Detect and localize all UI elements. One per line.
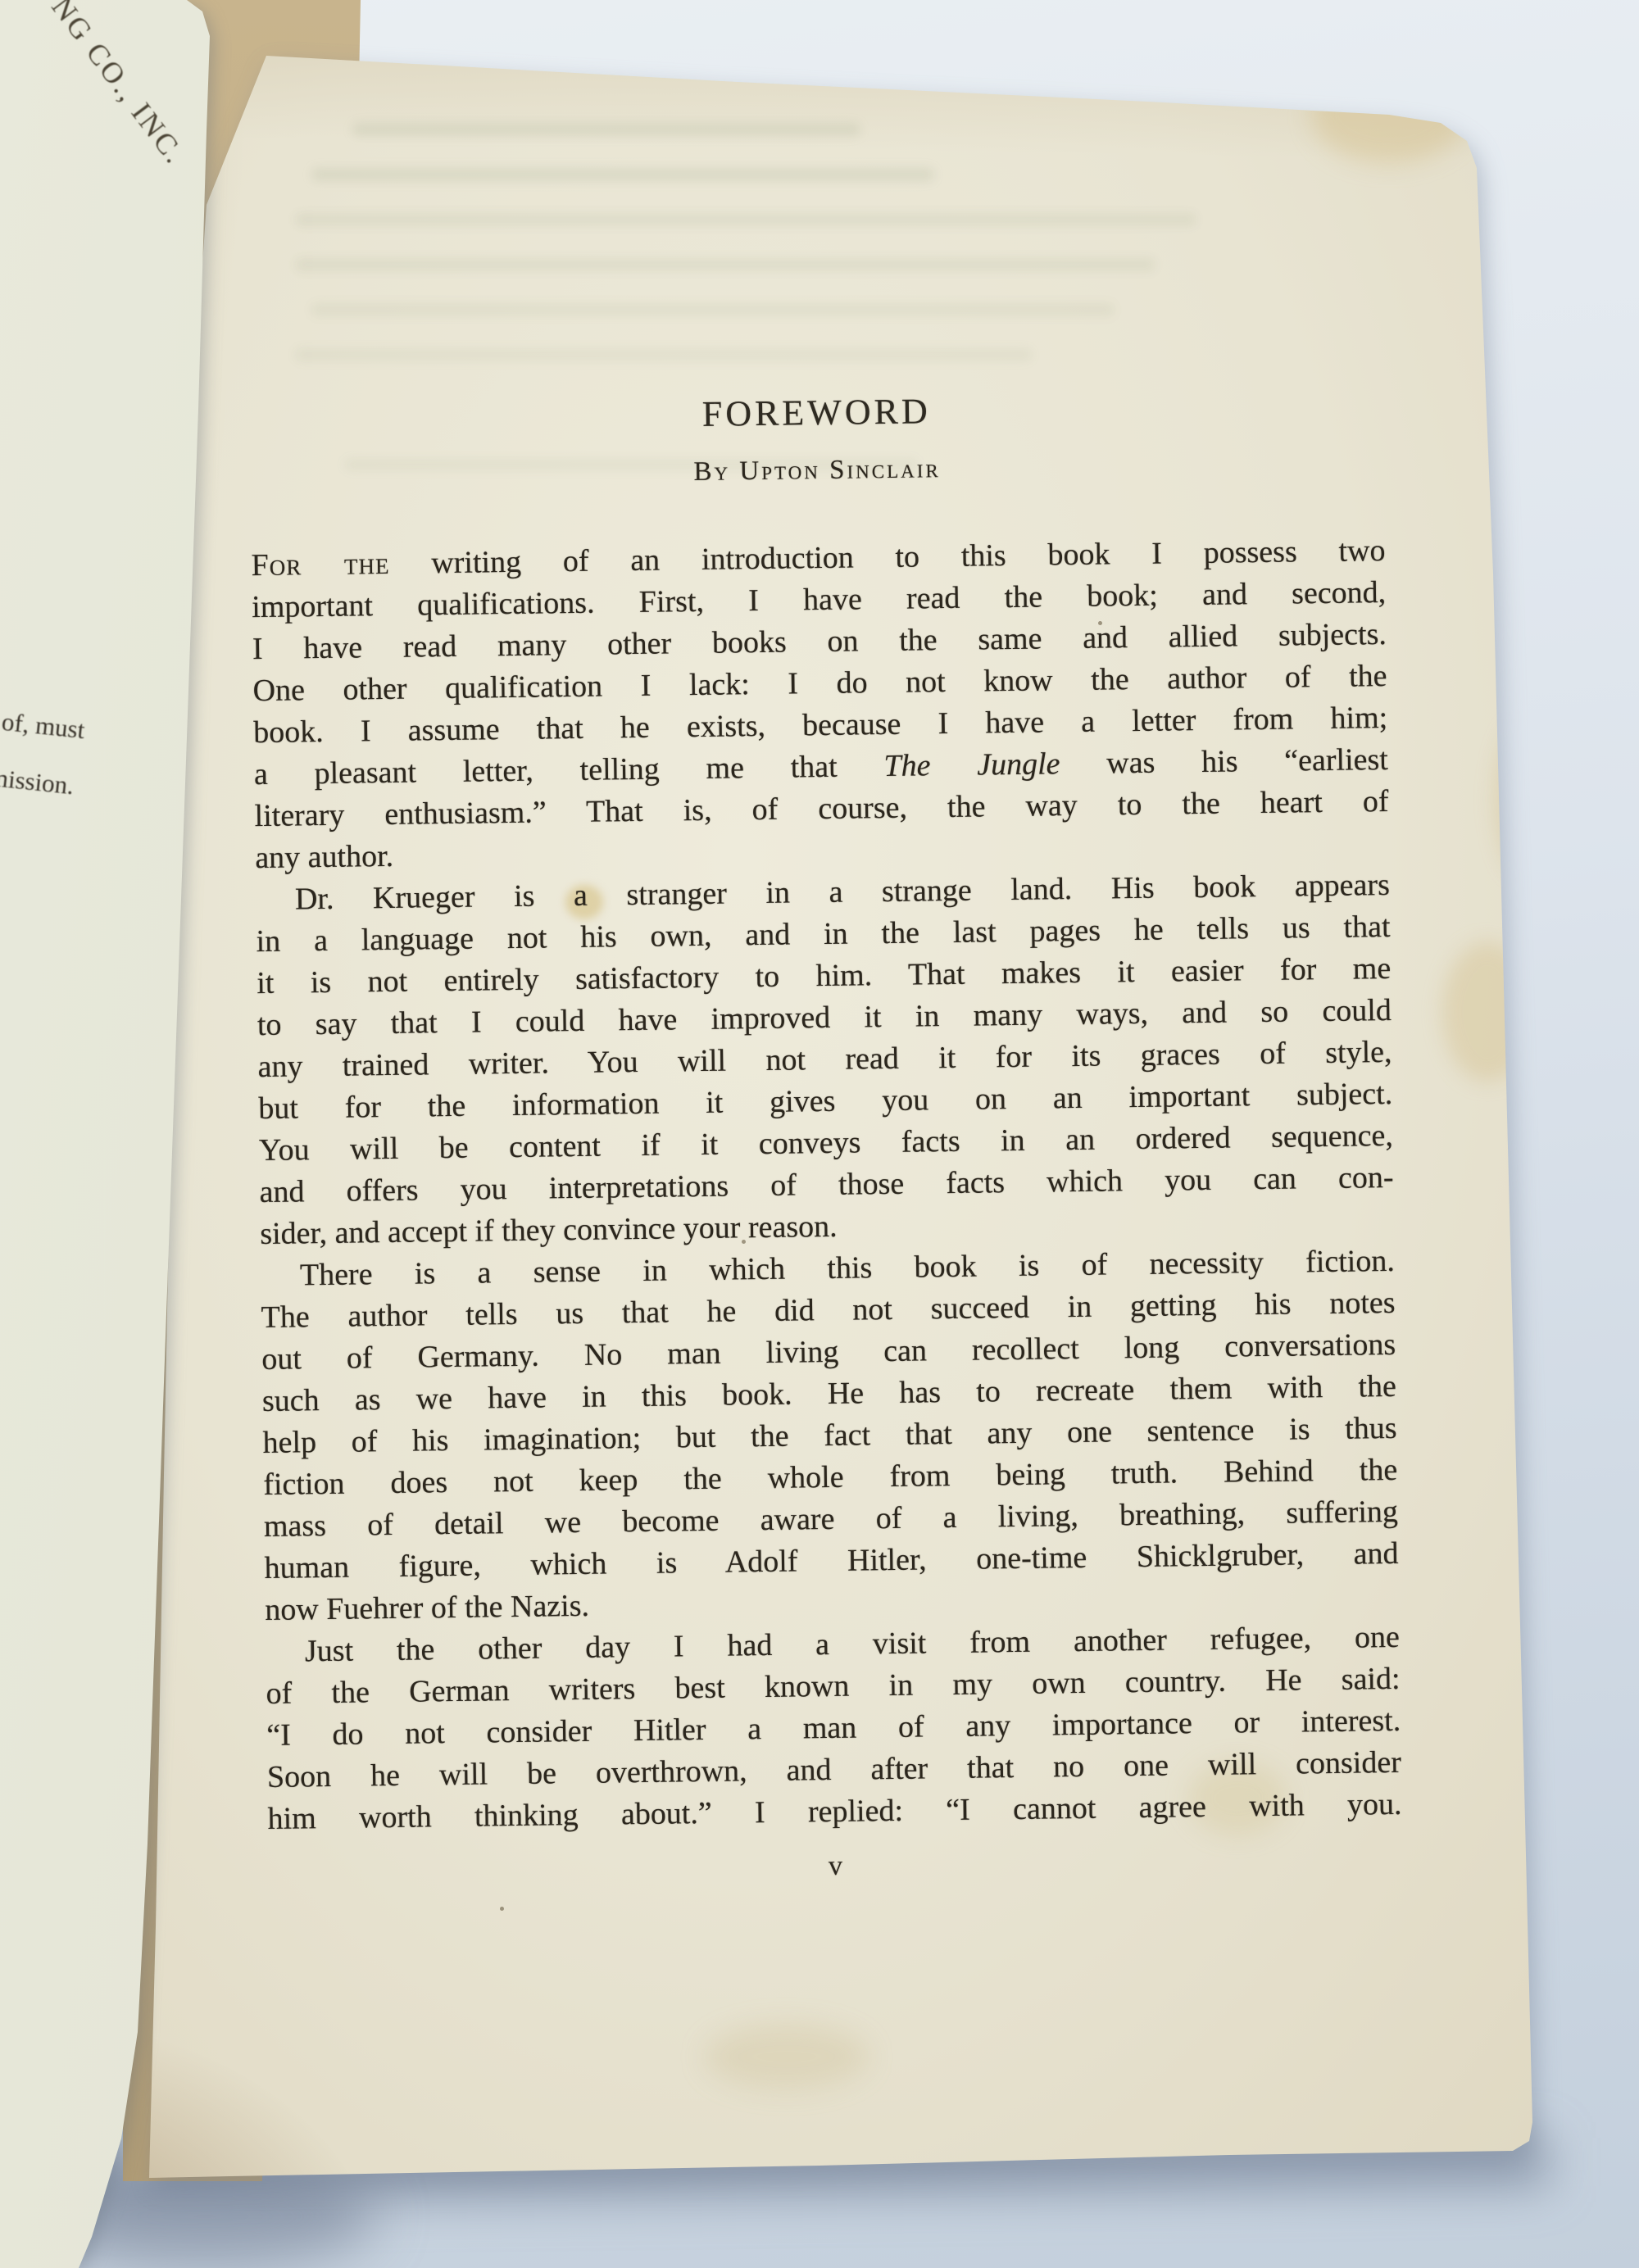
left-page-wrap: NG CO., INC. of, must mission. [0, 0, 1639, 2268]
facing-page: NG CO., INC. of, must mission. [0, 0, 1639, 2268]
publisher-text-fragment: NG CO., INC. [44, 0, 193, 171]
copyright-text-fragment: of, must [0, 707, 86, 745]
copyright-text-fragment: mission. [0, 763, 75, 801]
book-photo: { "colors":{ "backdrop_top":"#eaeff3", "… [0, 0, 1639, 2268]
